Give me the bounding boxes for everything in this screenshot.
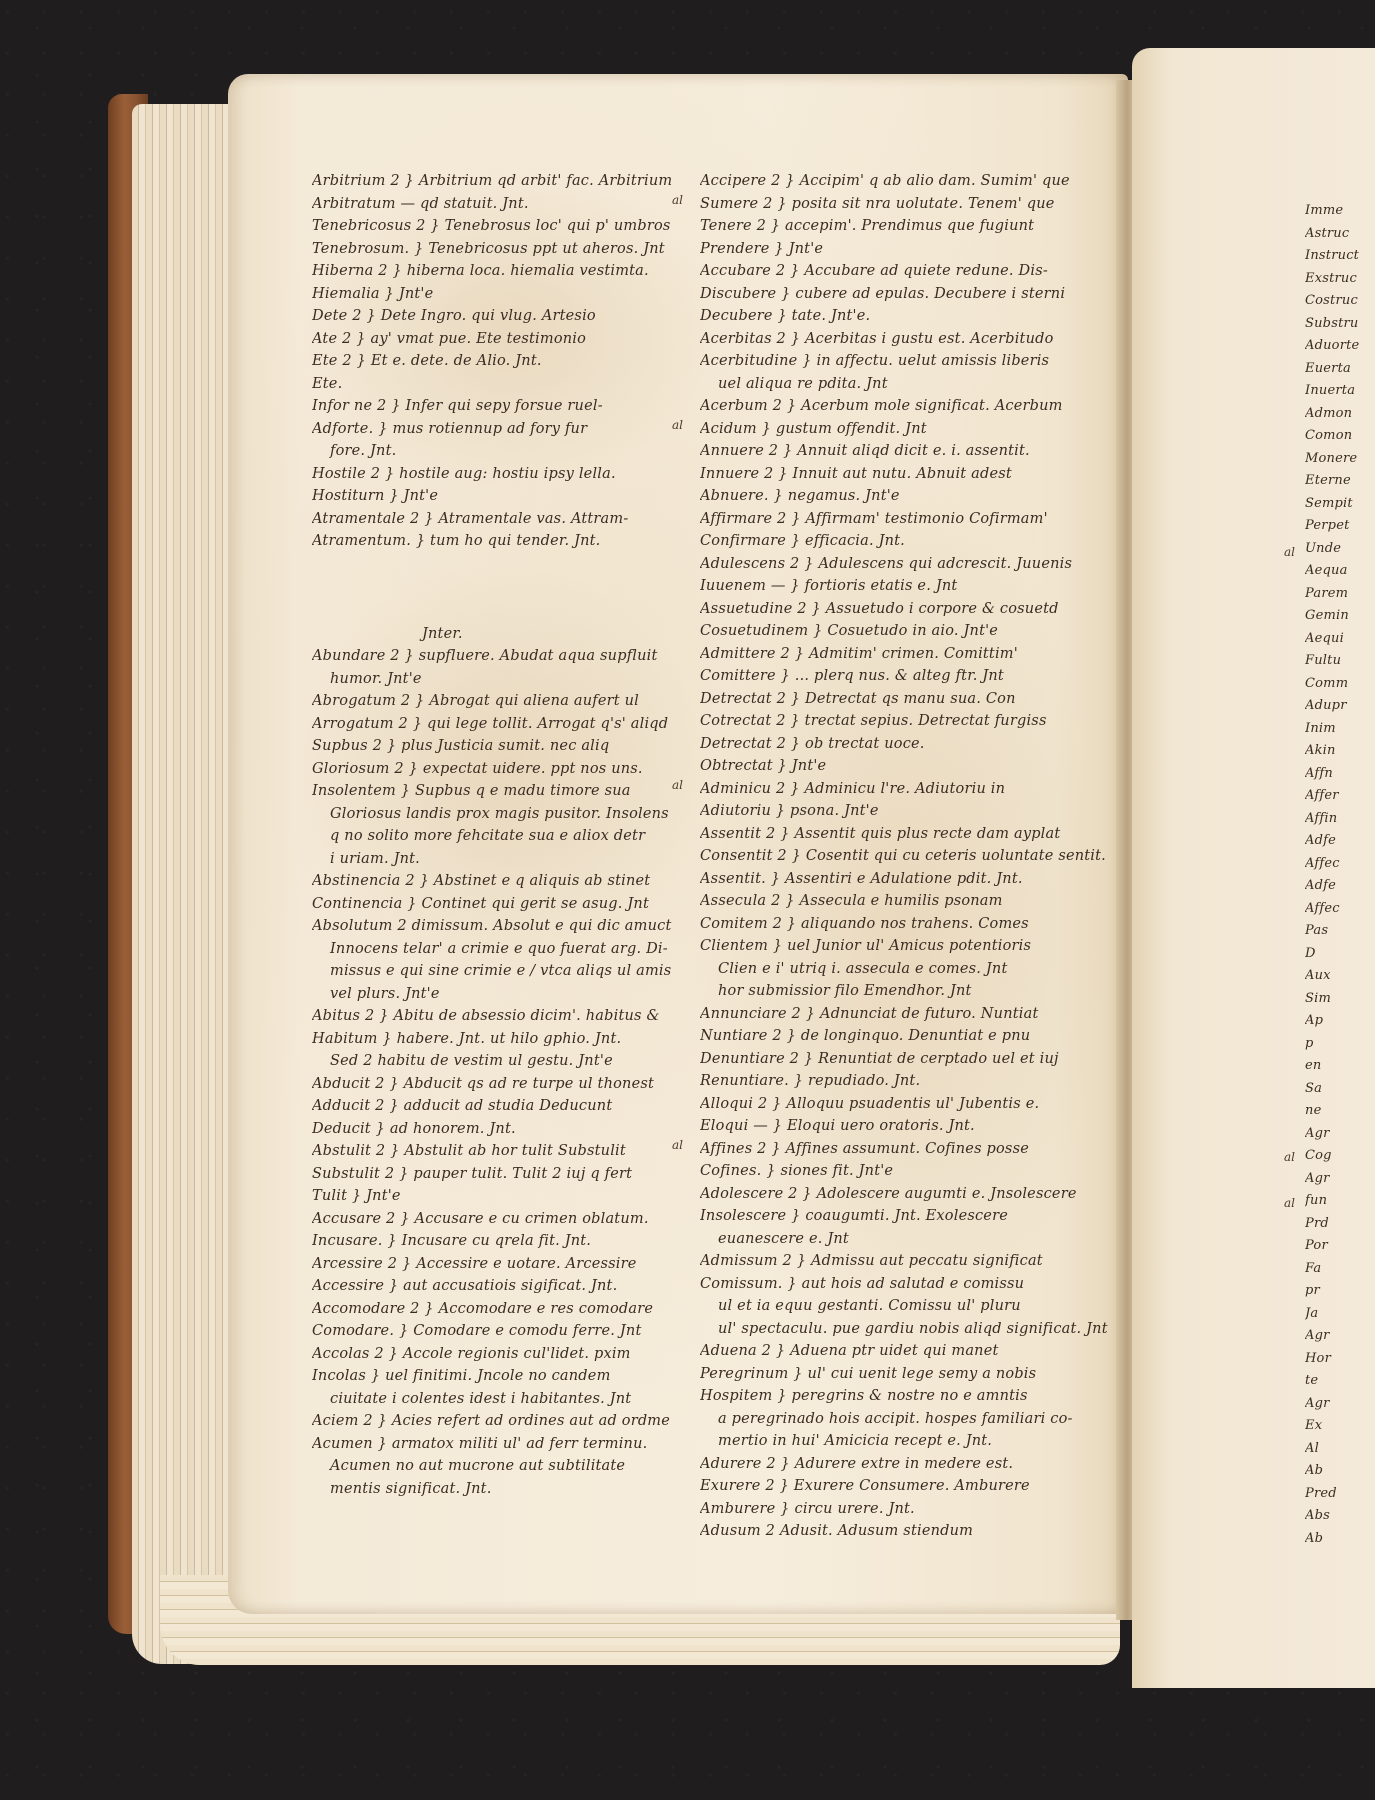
manuscript-line: pr [1305, 1280, 1375, 1303]
margin-note: al [672, 193, 683, 207]
manuscript-line: Monere [1305, 448, 1375, 471]
manuscript-line: Ete. [312, 373, 672, 396]
manuscript-line: humor. Jnt'e [312, 668, 672, 691]
manuscript-line: Infor ne 2 } Infer qui sepy forsue ruel- [312, 395, 672, 418]
manuscript-line: Agr [1305, 1325, 1375, 1348]
manuscript-line: Aciem 2 } Acies refert ad ordines aut ad… [312, 1410, 672, 1433]
manuscript-line: Affec [1305, 853, 1375, 876]
manuscript-line: Abs [1305, 1505, 1375, 1528]
manuscript-line: Arbitrium 2 } Arbitrium qd arbit' fac. A… [312, 170, 672, 193]
margin-note: al [1284, 1196, 1295, 1210]
manuscript-line: Euerta [1305, 358, 1375, 381]
manuscript-line: Agr [1305, 1168, 1375, 1191]
manuscript-line: Inim [1305, 718, 1375, 741]
manuscript-line: p [1305, 1033, 1375, 1056]
manuscript-line: Continencia } Continet qui gerit se asug… [312, 893, 672, 916]
margin-note: al [672, 418, 683, 432]
manuscript-line: Innocens telar' a crimie e quo fuerat ar… [312, 938, 672, 961]
manuscript-line: Acerbitudine } in affectu. uelut amissis… [700, 350, 1110, 373]
manuscript-line: Comm [1305, 673, 1375, 696]
manuscript-line: Cofines. } siones fit. Jnt'e [700, 1160, 1110, 1183]
manuscript-line: Decubere } tate. Jnt'e. [700, 305, 1110, 328]
manuscript-line: Clien e i' utriq i. assecula e comes. Jn… [700, 958, 1110, 981]
page-edges-fore [132, 104, 232, 1664]
manuscript-line: Abnuere. } negamus. Jnt'e [700, 485, 1110, 508]
manuscript-line: Hostiturn } Jnt'e [312, 485, 672, 508]
manuscript-line: Ete 2 } Et e. dete. de Alio. Jnt. [312, 350, 672, 373]
manuscript-line: Adulescens 2 } Adulescens qui adcrescit.… [700, 553, 1110, 576]
manuscript-line: Affec [1305, 898, 1375, 921]
margin-note: al [672, 778, 683, 792]
manuscript-line: Accessire } aut accusatiois sigificat. J… [312, 1275, 672, 1298]
manuscript-line: Hospitem } peregrins & nostre no e amnti… [700, 1385, 1110, 1408]
manuscript-line: Consentit 2 } Cosentit qui cu ceteris uo… [700, 845, 1110, 868]
manuscript-line: Aduorte [1305, 335, 1375, 358]
manuscript-line: ne [1305, 1100, 1375, 1123]
manuscript-line: Aequi [1305, 628, 1375, 651]
manuscript-line: Comissum. } aut hois ad salutad e comiss… [700, 1273, 1110, 1296]
manuscript-line: Hor [1305, 1348, 1375, 1371]
manuscript-line: q no solito more fehcitate sua e aliox d… [312, 825, 672, 848]
manuscript-line: Acidum } gustum offendit. Jnt [700, 418, 1110, 441]
manuscript-line: Pred [1305, 1483, 1375, 1506]
manuscript-line: mentis significat. Jnt. [312, 1478, 672, 1501]
manuscript-line: Atramentale 2 } Atramentale vas. Attram- [312, 508, 672, 531]
manuscript-line: Comitem 2 } aliquando nos trahens. Comes [700, 913, 1110, 936]
manuscript-line: Imme [1305, 200, 1375, 223]
manuscript-line: Adducit 2 } adducit ad studia Deducunt [312, 1095, 672, 1118]
manuscript-line: Amburere } circu urere. Jnt. [700, 1498, 1110, 1521]
manuscript-line: Innuere 2 } Innuit aut nutu. Abnuit ades… [700, 463, 1110, 486]
manuscript-line: ciuitate i colentes idest i habitantes. … [312, 1388, 672, 1411]
manuscript-line: Gemin [1305, 605, 1375, 628]
manuscript-line: i uriam. Jnt. [312, 848, 672, 871]
manuscript-line: Annunciare 2 } Adnunciat de futuro. Nunt… [700, 1003, 1110, 1026]
manuscript-line: Discubere } cubere ad epulas. Decubere i… [700, 283, 1110, 306]
manuscript-line: Adminicu 2 } Adminicu l're. Adiutoriu in [700, 778, 1110, 801]
manuscript-line: Sim [1305, 988, 1375, 1011]
manuscript-line: Affer [1305, 785, 1375, 808]
manuscript-line: Jnter. [312, 623, 672, 646]
manuscript-line: Eterne [1305, 470, 1375, 493]
manuscript-line: ul et ia equu gestanti. Comissu ul' plur… [700, 1295, 1110, 1318]
manuscript-line: Cotrectat 2 } trectat sepius. Detrectat … [700, 710, 1110, 733]
manuscript-line: Adurere 2 } Adurere extre in medere est. [700, 1453, 1110, 1476]
manuscript-line: Assecula 2 } Assecula e humilis psonam [700, 890, 1110, 913]
manuscript-line: Affines 2 } Affines assumunt. Cofines po… [700, 1138, 1110, 1161]
manuscript-line: Costruc [1305, 290, 1375, 313]
manuscript-line: Abstinencia 2 } Abstinet e q aliquis ab … [312, 870, 672, 893]
manuscript-line: Tenere 2 } accepim'. Prendimus que fugiu… [700, 215, 1110, 238]
manuscript-line: Comittere } ... plerq nus. & alteg ftr. … [700, 665, 1110, 688]
margin-note: al [1284, 1150, 1295, 1164]
manuscript-line: Accipere 2 } Accipim' q ab alio dam. Sum… [700, 170, 1110, 193]
manuscript-line: Prendere } Jnt'e [700, 238, 1110, 261]
manuscript-line: mertio in hui' Amicicia recept e. Jnt. [700, 1430, 1110, 1453]
manuscript-line: Adiutoriu } psona. Jnt'e [700, 800, 1110, 823]
recto-text-fragment: ImmeAstrucInstructExstrucCostrucSubstruA… [1305, 200, 1375, 1550]
manuscript-line: hor submissior filo Emendhor. Jnt [700, 980, 1110, 1003]
manuscript-line: Parem [1305, 583, 1375, 606]
manuscript-line: Abstulit 2 } Abstulit ab hor tulit Subst… [312, 1140, 672, 1163]
manuscript-line: Agr [1305, 1393, 1375, 1416]
manuscript-line: Substulit 2 } pauper tulit. Tulit 2 iuj … [312, 1163, 672, 1186]
manuscript-line: en [1305, 1055, 1375, 1078]
manuscript-line: Gloriosus landis prox magis pusitor. Ins… [312, 803, 672, 826]
manuscript-line: Sumere 2 } posita sit nra uolutate. Tene… [700, 193, 1110, 216]
manuscript-line: Al [1305, 1438, 1375, 1461]
manuscript-line: Deducit } ad honorem. Jnt. [312, 1118, 672, 1141]
manuscript-line: Affn [1305, 763, 1375, 786]
manuscript-line: Insolentem } Supbus q e madu timore sua [312, 780, 672, 803]
manuscript-line: Atramentum. } tum ho qui tender. Jnt. [312, 530, 672, 553]
manuscript-line: Confirmare } efficacia. Jnt. [700, 530, 1110, 553]
manuscript-line: Accubare 2 } Accubare ad quiete redune. … [700, 260, 1110, 283]
manuscript-line: Assentit. } Assentiri e Adulatione pdit.… [700, 868, 1110, 891]
manuscript-line: Comon [1305, 425, 1375, 448]
manuscript-line: Detrectat 2 } ob trectat uoce. [700, 733, 1110, 756]
manuscript-line: Ate 2 } ay' vmat pue. Ete testimonio [312, 328, 672, 351]
manuscript-line: Ap [1305, 1010, 1375, 1033]
manuscript-line: Abundare 2 } supfluere. Abudat aqua supf… [312, 645, 672, 668]
manuscript-line: Abducit 2 } Abducit qs ad re turpe ul th… [312, 1073, 672, 1096]
manuscript-line: Prd [1305, 1213, 1375, 1236]
manuscript-line: Peregrinum } ul' cui uenit lege semy a n… [700, 1363, 1110, 1386]
manuscript-line: Fultu [1305, 650, 1375, 673]
manuscript-line: missus e qui sine crimie e / vtca aliqs … [312, 960, 672, 983]
manuscript-line: Arrogatum 2 } qui lege tollit. Arrogat q… [312, 713, 672, 736]
manuscript-line: Affirmare 2 } Affirmam' testimonio Cofir… [700, 508, 1110, 531]
manuscript-line: Adusum 2 Adusit. Adusum stiendum [700, 1520, 1110, 1543]
manuscript-line: Admissum 2 } Admissu aut peccatu signifi… [700, 1250, 1110, 1273]
manuscript-line: Adforte. } mus rotiennup ad fory fur [312, 418, 672, 441]
manuscript-line: D [1305, 943, 1375, 966]
manuscript-line: Adolescere 2 } Adolescere augumti e. Jns… [700, 1183, 1110, 1206]
manuscript-line: Incusare. } Incusare cu qrela fit. Jnt. [312, 1230, 672, 1253]
manuscript-line: Admon [1305, 403, 1375, 426]
manuscript-line: Aux [1305, 965, 1375, 988]
margin-note: al [672, 1138, 683, 1152]
manuscript-line: Ja [1305, 1303, 1375, 1326]
manuscript-line: Ab [1305, 1460, 1375, 1483]
manuscript-line: euanescere e. Jnt [700, 1228, 1110, 1251]
manuscript-line: Eloqui — } Eloqui uero oratoris. Jnt. [700, 1115, 1110, 1138]
manuscript-line: Accolas 2 } Accole regionis cul'lidet. p… [312, 1343, 672, 1366]
manuscript-line: Akin [1305, 740, 1375, 763]
manuscript-line: Tenebricosus 2 } Tenebrosus loc' qui p' … [312, 215, 672, 238]
manuscript-line: Adupr [1305, 695, 1375, 718]
margin-note: al [1284, 545, 1295, 559]
manuscript-line: Abitus 2 } Abitu de absessio dicim'. hab… [312, 1005, 672, 1028]
manuscript-line: Adfe [1305, 875, 1375, 898]
manuscript-line: Absolutum 2 dimissum. Absolut e qui dic … [312, 915, 672, 938]
manuscript-line: Perpet [1305, 515, 1375, 538]
text-column-right: Accipere 2 } Accipim' q ab alio dam. Sum… [700, 170, 1110, 1543]
manuscript-line: Exurere 2 } Exurere Consumere. Amburere [700, 1475, 1110, 1498]
manuscript-line [312, 553, 672, 623]
manuscript-line: Tenebrosum. } Tenebricosus ppt ut aheros… [312, 238, 672, 261]
manuscript-line: Substru [1305, 313, 1375, 336]
manuscript-line: uel aliqua re pdita. Jnt [700, 373, 1110, 396]
manuscript-line: Accomodare 2 } Accomodare e res comodare [312, 1298, 672, 1321]
manuscript-line: Supbus 2 } plus Justicia sumit. nec aliq [312, 735, 672, 758]
manuscript-line: fore. Jnt. [312, 440, 672, 463]
manuscript-line: Hiberna 2 } hiberna loca. hiemalia vesti… [312, 260, 672, 283]
manuscript-line: Arcessire 2 } Accessire e uotare. Arcess… [312, 1253, 672, 1276]
manuscript-line: Inuerta [1305, 380, 1375, 403]
manuscript-line: Alloqui 2 } Alloquu psuadentis ul' Juben… [700, 1093, 1110, 1116]
manuscript-line: ul' spectaculu. pue gardiu nobis aliqd s… [700, 1318, 1110, 1341]
manuscript-line: Aduena 2 } Aduena ptr uidet qui manet [700, 1340, 1110, 1363]
manuscript-line: Incolas } uel finitimi. Jncole no candem [312, 1365, 672, 1388]
manuscript-line: Unde [1305, 538, 1375, 561]
manuscript-line: Adfe [1305, 830, 1375, 853]
manuscript-line: Astruc [1305, 223, 1375, 246]
manuscript-line: Fa [1305, 1258, 1375, 1281]
manuscript-line: Acumen no aut mucrone aut subtilitate [312, 1455, 672, 1478]
manuscript-line: Instruct [1305, 245, 1375, 268]
manuscript-line: Clientem } uel Junior ul' Amicus potenti… [700, 935, 1110, 958]
manuscript-line: Admittere 2 } Admitim' crimen. Comittim' [700, 643, 1110, 666]
manuscript-line: Habitum } habere. Jnt. ut hilo gphio. Jn… [312, 1028, 672, 1051]
manuscript-line: Cog [1305, 1145, 1375, 1168]
manuscript-line: Tulit } Jnt'e [312, 1185, 672, 1208]
manuscript-line: Arbitratum — qd statuit. Jnt. [312, 193, 672, 216]
manuscript-line: Acumen } armatox militi ul' ad ferr term… [312, 1433, 672, 1456]
manuscript-line: Agr [1305, 1123, 1375, 1146]
manuscript-line: vel plurs. Jnt'e [312, 983, 672, 1006]
manuscript-line: Sa [1305, 1078, 1375, 1101]
manuscript-line: Affin [1305, 808, 1375, 831]
manuscript-line: a peregrinado hois accipit. hospes famil… [700, 1408, 1110, 1431]
manuscript-line: Insolescere } coaugumti. Jnt. Exolescere [700, 1205, 1110, 1228]
manuscript-line: Obtrectat } Jnt'e [700, 755, 1110, 778]
manuscript-line: fun [1305, 1190, 1375, 1213]
manuscript-line: Assuetudine 2 } Assuetudo i corpore & co… [700, 598, 1110, 621]
manuscript-line: Renuntiare. } repudiado. Jnt. [700, 1070, 1110, 1093]
manuscript-line: Nuntiare 2 } de longinquo. Denuntiat e p… [700, 1025, 1110, 1048]
manuscript-line: Detrectat 2 } Detrectat qs manu sua. Con [700, 688, 1110, 711]
manuscript-line: Aequa [1305, 560, 1375, 583]
manuscript-line: Comodare. } Comodare e comodu ferre. Jnt [312, 1320, 672, 1343]
manuscript-line: Dete 2 } Dete Ingro. qui vlug. Artesio [312, 305, 672, 328]
manuscript-line: Assentit 2 } Assentit quis plus recte da… [700, 823, 1110, 846]
manuscript-line: Ex [1305, 1415, 1375, 1438]
manuscript-line: Hiemalia } Jnt'e [312, 283, 672, 306]
manuscript-line: Sempit [1305, 493, 1375, 516]
text-column-left: Arbitrium 2 } Arbitrium qd arbit' fac. A… [312, 170, 672, 1500]
manuscript-line: Exstruc [1305, 268, 1375, 291]
manuscript-line: Accusare 2 } Accusare e cu crimen oblatu… [312, 1208, 672, 1231]
manuscript-line: Iuuenem — } fortioris etatis e. Jnt [700, 575, 1110, 598]
manuscript-line: Sed 2 habitu de vestim ul gestu. Jnt'e [312, 1050, 672, 1073]
manuscript-line: Por [1305, 1235, 1375, 1258]
manuscript-line: Cosuetudinem } Cosuetudo in aio. Jnt'e [700, 620, 1110, 643]
manuscript-line: Pas [1305, 920, 1375, 943]
manuscript-line: Acerbum 2 } Acerbum mole significat. Ace… [700, 395, 1110, 418]
manuscript-line: Hostile 2 } hostile aug: hostiu ipsy lel… [312, 463, 672, 486]
manuscript-line: Abrogatum 2 } Abrogat qui aliena aufert … [312, 690, 672, 713]
manuscript-line: Acerbitas 2 } Acerbitas i gustu est. Ace… [700, 328, 1110, 351]
manuscript-line: Gloriosum 2 } expectat uidere. ppt nos u… [312, 758, 672, 781]
manuscript-line: Denuntiare 2 } Renuntiat de cerptado uel… [700, 1048, 1110, 1071]
manuscript-line: Ab [1305, 1528, 1375, 1551]
manuscript-line: Annuere 2 } Annuit aliqd dicit e. i. ass… [700, 440, 1110, 463]
manuscript-line: te [1305, 1370, 1375, 1393]
